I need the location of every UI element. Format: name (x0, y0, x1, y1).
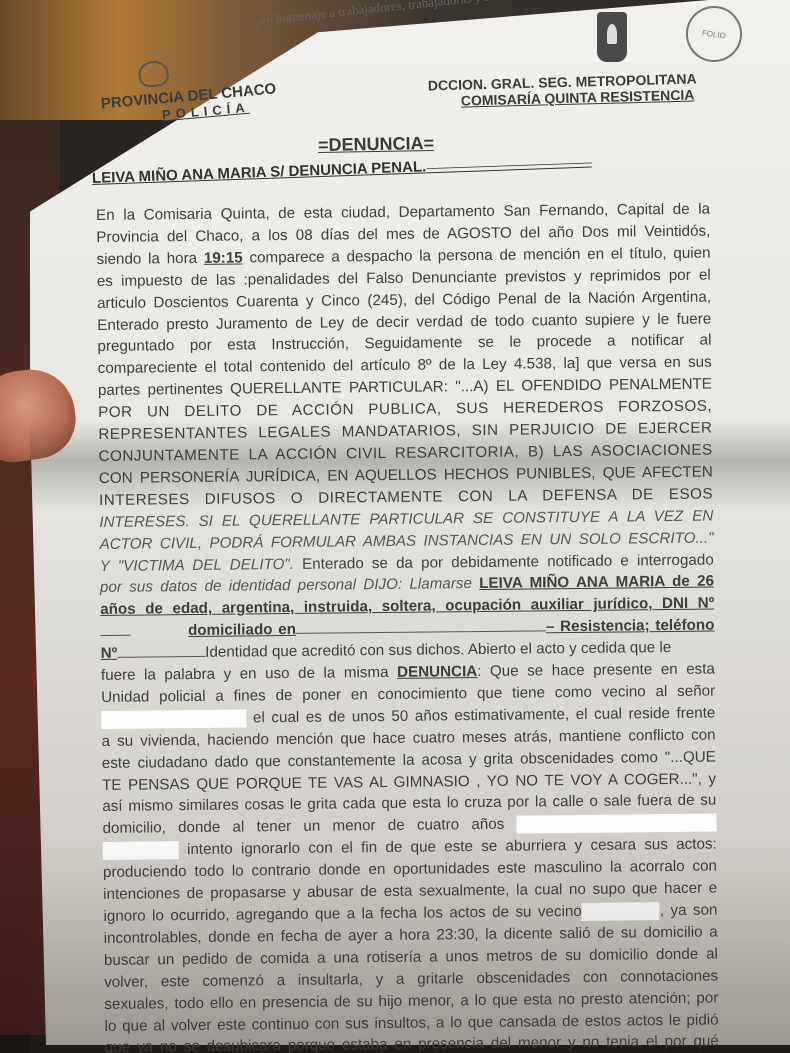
province-coat-of-arms-icon (137, 60, 169, 89)
redacted-address (296, 617, 546, 635)
time-value: 19:15 (204, 249, 243, 266)
redacted-name (103, 841, 179, 860)
police-emblem-icon (597, 12, 627, 62)
redacted-phone (117, 642, 205, 658)
document-body: En la Comisaria Quinta, de esta ciudad, … (96, 199, 719, 1053)
redacted-minor-name (516, 814, 716, 834)
denuncia-keyword: DENUNCIA (397, 663, 477, 681)
redacted-neighbor-name (582, 902, 660, 921)
stamp-text: FOLIO (701, 28, 726, 40)
redacted-dni (100, 621, 130, 636)
document-title: =DENUNCIA= (318, 133, 434, 156)
complainant-name: LEIVA MIÑO ANA MARIA de 26 (479, 573, 714, 592)
redacted-neighbor-name (101, 709, 246, 729)
